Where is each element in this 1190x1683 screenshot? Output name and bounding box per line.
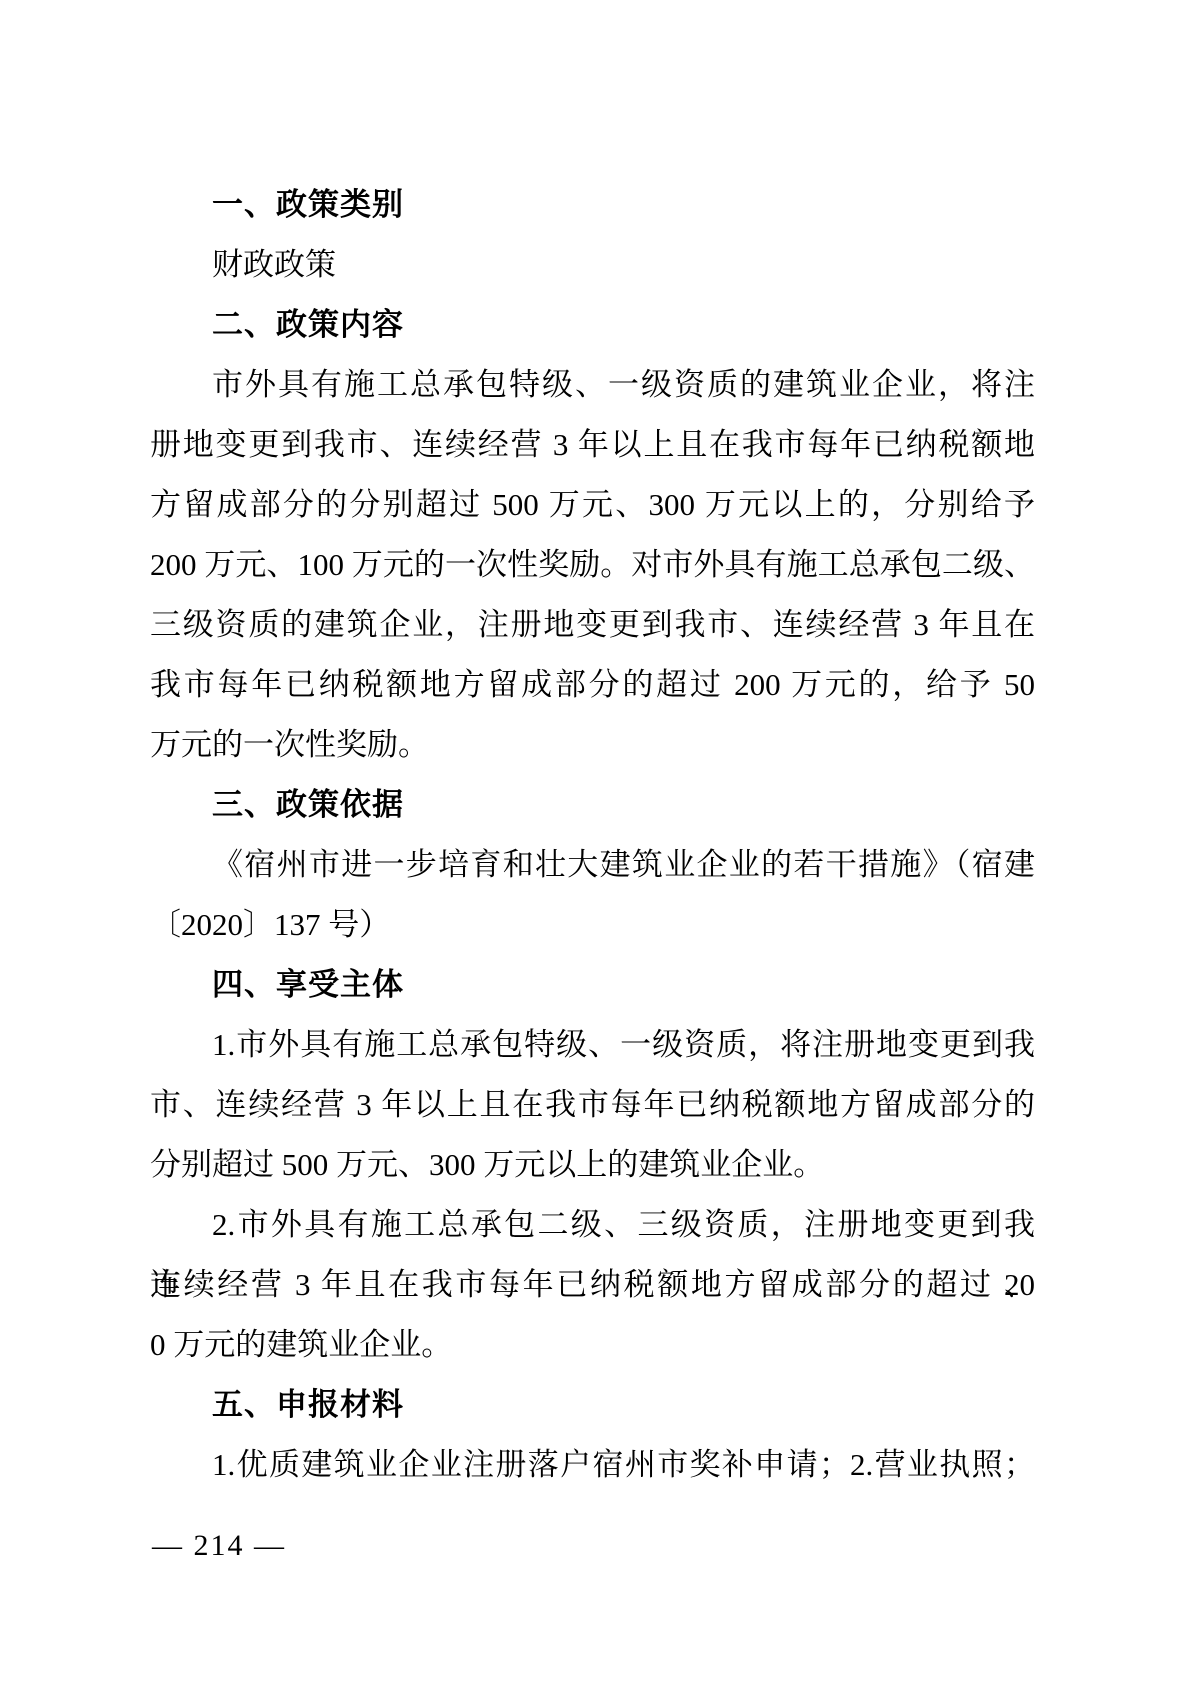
body-line: 2.市外具有施工总承包二级、三级资质，注册地变更到我市、 — [150, 1195, 1035, 1255]
body-line: 方留成部分的分别超过 500 万元、300 万元以上的，分别给予 — [150, 475, 1035, 535]
body-line: 我市每年已纳税额地方留成部分的超过 200 万元的，给予 50 — [150, 655, 1035, 715]
heading-beneficiaries: 四、享受主体 — [150, 955, 1035, 1015]
body-line: 1.优质建筑业企业注册落户宿州市奖补申请；2.营业执照； — [150, 1435, 1035, 1495]
body-line: 三级资质的建筑企业，注册地变更到我市、连续经营 3 年且在 — [150, 595, 1035, 655]
body-line: 《宿州市进一步培育和壮大建筑业企业的若干措施》（宿建 — [150, 835, 1035, 895]
document-content: 一、政策类别 财政政策 二、政策内容 市外具有施工总承包特级、一级资质的建筑业企… — [150, 175, 1035, 1495]
body-line: 册地变更到我市、连续经营 3 年以上且在我市每年已纳税额地 — [150, 415, 1035, 475]
body-line: 万元的一次性奖励。 — [150, 715, 1035, 775]
body-line: 1.市外具有施工总承包特级、一级资质，将注册地变更到我 — [150, 1015, 1035, 1075]
body-line: 〔2020〕137 号） — [150, 895, 1035, 955]
page-number: — 214 — — [152, 1529, 286, 1562]
body-line: 市外具有施工总承包特级、一级资质的建筑业企业，将注 — [150, 355, 1035, 415]
body-line: 0 万元的建筑业企业。 — [150, 1315, 1035, 1375]
body-line: 连续经营 3 年且在我市每年已纳税额地方留成部分的超过 20 — [150, 1255, 1035, 1315]
body-line: 财政政策 — [150, 235, 1035, 295]
heading-application-materials: 五、申报材料 — [150, 1375, 1035, 1435]
heading-policy-category: 一、政策类别 — [150, 175, 1035, 235]
body-line: 市、连续经营 3 年以上且在我市每年已纳税额地方留成部分的 — [150, 1075, 1035, 1135]
page-footer: — 214 — — [152, 1526, 286, 1566]
body-line: 200 万元、100 万元的一次性奖励。对市外具有施工总承包二级、 — [150, 535, 1035, 595]
heading-policy-content: 二、政策内容 — [150, 295, 1035, 355]
document-page: 一、政策类别 财政政策 二、政策内容 市外具有施工总承包特级、一级资质的建筑业企… — [0, 0, 1190, 1683]
body-line: 分别超过 500 万元、300 万元以上的建筑业企业。 — [150, 1135, 1035, 1195]
heading-policy-basis: 三、政策依据 — [150, 775, 1035, 835]
